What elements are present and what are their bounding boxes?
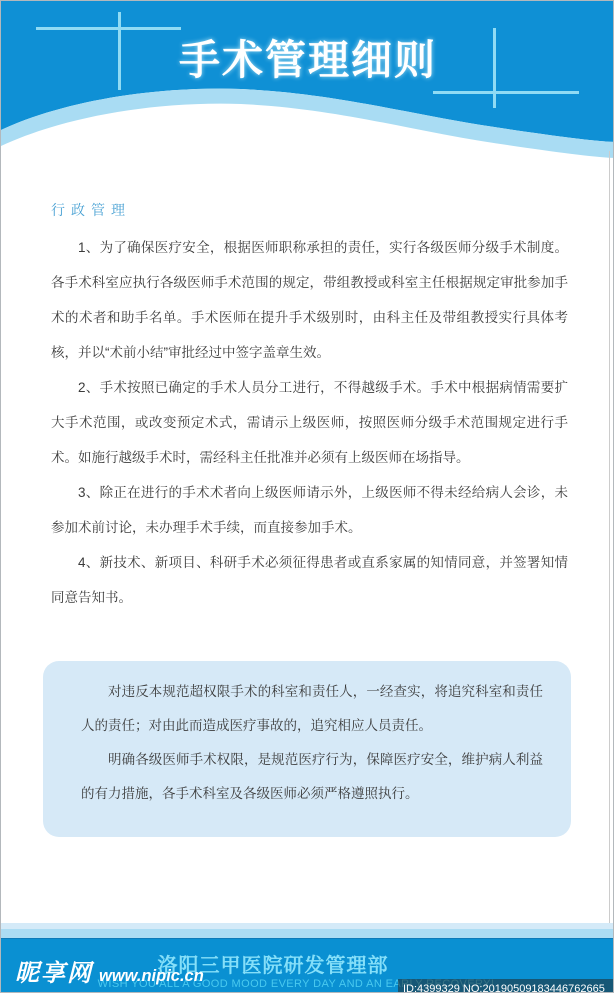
- footer-medium-strip: [1, 929, 614, 938]
- page-title: 手术管理细则: [1, 38, 614, 82]
- rule-paragraph-4: 4、新技术、新项目、科研手术必须征得患者或直系家属的知情同意，并签署知情同意告知…: [51, 545, 568, 615]
- watermark-site-name: 昵享网: [15, 953, 93, 988]
- footer-blue-band: 洛阳三甲医院研发管理部 WISH YOU ALL A GOOD MOOD EVE…: [1, 938, 614, 993]
- summary-highlight-box: 对违反本规范超权限手术的科室和责任人，一经查实，将追究科室和责任人的责任；对由此…: [43, 661, 571, 837]
- page-edge-line: [609, 151, 610, 926]
- section-heading: 行政管理: [51, 201, 568, 219]
- main-content: 行政管理 1、为了确保医疗安全，根据医师职称承担的责任，实行各级医师分级手术制度…: [51, 201, 568, 615]
- summary-paragraph-2: 明确各级医师手术权限，是规范医疗行为，保障医疗安全，维护病人利益的有力措施，各手…: [81, 743, 543, 811]
- rule-paragraphs: 1、为了确保医疗安全，根据医师职称承担的责任，实行各级医师分级手术制度。各手术科…: [51, 230, 568, 615]
- crosshair-left-horizontal-line: [36, 27, 181, 30]
- rule-paragraph-2: 2、手术按照已确定的手术人员分工进行，不得越级手术。手术中根据病情需要扩大手术范…: [51, 370, 568, 475]
- summary-paragraph-1: 对违反本规范超权限手术的科室和责任人，一经查实，将追究科室和责任人的责任；对由此…: [81, 675, 543, 743]
- crosshair-right-horizontal-line: [433, 91, 579, 94]
- watermark-id-badge: ID:4399329 NO:20190509183446762665: [398, 979, 614, 993]
- nipic-watermark: 昵享网 www.nipic.cn: [15, 953, 204, 988]
- header-banner: 手术管理细则: [1, 1, 614, 161]
- footer: 洛阳三甲医院研发管理部 WISH YOU ALL A GOOD MOOD EVE…: [1, 923, 614, 993]
- watermark-site-url: www.nipic.cn: [99, 967, 204, 986]
- rule-paragraph-3: 3、除正在进行的手术术者向上级医师请示外，上级医师不得未经给病人会诊，未参加术前…: [51, 475, 568, 545]
- poster-page: 手术管理细则 行政管理 1、为了确保医疗安全，根据医师职称承担的责任，实行各级医…: [0, 0, 614, 993]
- rule-paragraph-1: 1、为了确保医疗安全，根据医师职称承担的责任，实行各级医师分级手术制度。各手术科…: [51, 230, 568, 370]
